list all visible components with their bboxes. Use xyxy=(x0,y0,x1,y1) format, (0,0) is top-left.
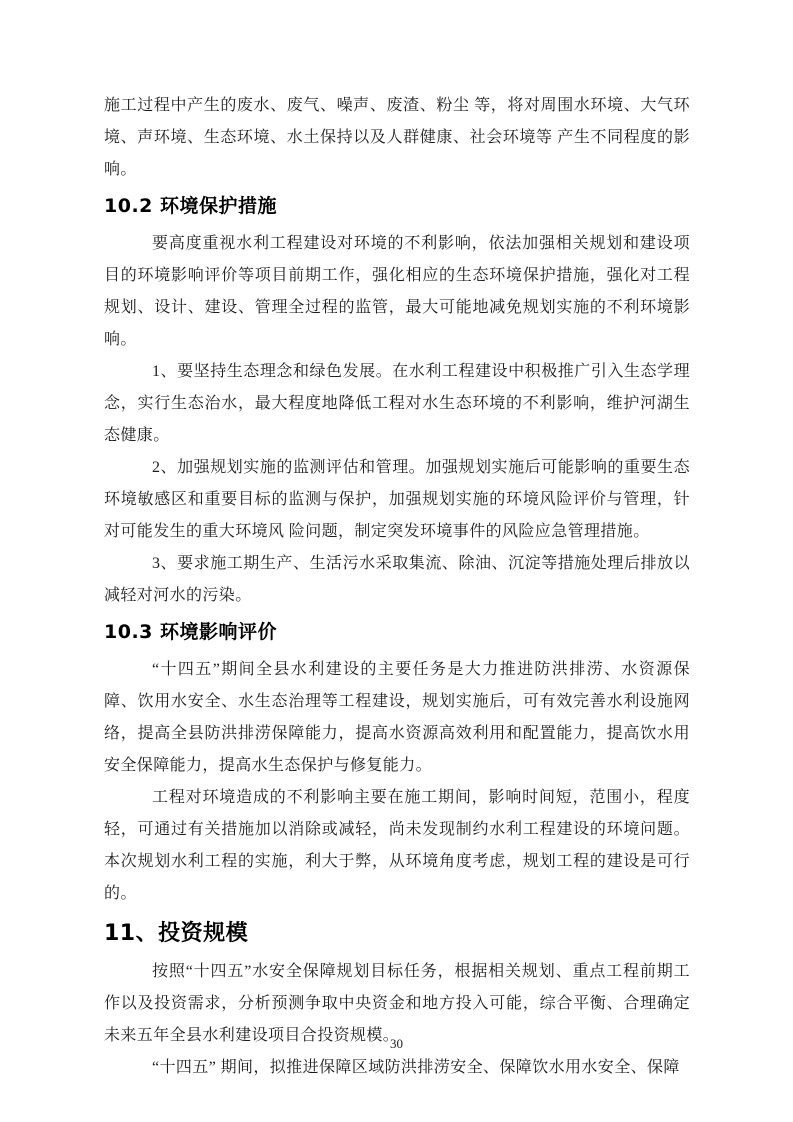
body-paragraph: 3、要求施工期生产、生活污水采取集流、除油、沉淀等措施处理后排放以减轻对河水的污… xyxy=(104,548,690,612)
section-heading-10-2: 10.2 环境保护措施 xyxy=(104,194,690,218)
section-heading-11: 11、投资规模 xyxy=(104,920,690,948)
intro-paragraph: 施工过程中产生的废水、废气、噪声、废渣、粉尘 等，将对周围水环境、大气环境、声环… xyxy=(104,90,690,186)
body-paragraph: 1、要坚持生态理念和绿色发展。在水利工程建设中积极推广引入生态学理念，实行生态治… xyxy=(104,356,690,452)
page-content: 施工过程中产生的废水、废气、噪声、废渣、粉尘 等，将对周围水环境、大气环境、声环… xyxy=(104,90,690,1084)
body-paragraph: “十四五”期间全县水利建设的主要任务是大力推进防洪排涝、水资源保障、饮用水安全、… xyxy=(104,654,690,782)
body-paragraph: “十四五” 期间，拟推进保障区域防洪排涝安全、保障饮水用水安全、保障 xyxy=(104,1052,690,1084)
page-number: 30 xyxy=(0,1036,793,1052)
body-paragraph: 工程对环境造成的不利影响主要在施工期间，影响时间短，范围小，程度轻，可通过有关措… xyxy=(104,782,690,910)
body-paragraph: 要高度重视水利工程建设对环境的不利影响，依法加强相关规划和建设项目的环境影响评价… xyxy=(104,228,690,356)
section-heading-10-3: 10.3 环境影响评价 xyxy=(104,620,690,644)
document-page: 施工过程中产生的废水、废气、噪声、废渣、粉尘 等，将对周围水环境、大气环境、声环… xyxy=(0,0,793,1122)
body-paragraph: 2、加强规划实施的监测评估和管理。加强规划实施后可能影响的重要生态环境敏感区和重… xyxy=(104,452,690,548)
